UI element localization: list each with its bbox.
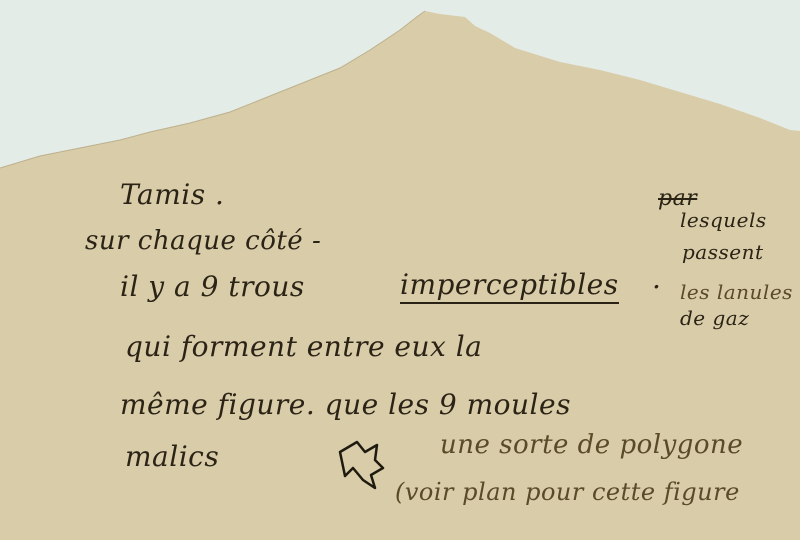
line-malics: malics: [125, 440, 219, 473]
margin-lanules: les lanules: [680, 280, 793, 304]
line-voir-plan: (voir plan pour cette figure: [395, 478, 740, 506]
line-tamis: Tamis .: [120, 178, 224, 211]
margin-de-gaz: de gaz: [680, 306, 749, 330]
margin-lesquels: lesquels: [680, 208, 767, 232]
line-forment: qui forment entre eux la: [125, 330, 482, 363]
manuscript-sheet: Tamis . sur chaque côté - il y a 9 trous…: [0, 0, 800, 540]
line-polygone: une sorte de polygone: [440, 430, 743, 460]
margin-passent: passent: [682, 240, 764, 264]
line-chaque-cote: sur chaque côté -: [85, 226, 321, 256]
line-trous: il y a 9 trous: [120, 270, 305, 303]
line-imperceptibles: imperceptibles: [400, 268, 619, 304]
line-meme-figure: même figure. que les 9 moules: [120, 388, 571, 421]
line-period: .: [652, 262, 661, 295]
polygon-sketch-icon: [335, 440, 395, 495]
